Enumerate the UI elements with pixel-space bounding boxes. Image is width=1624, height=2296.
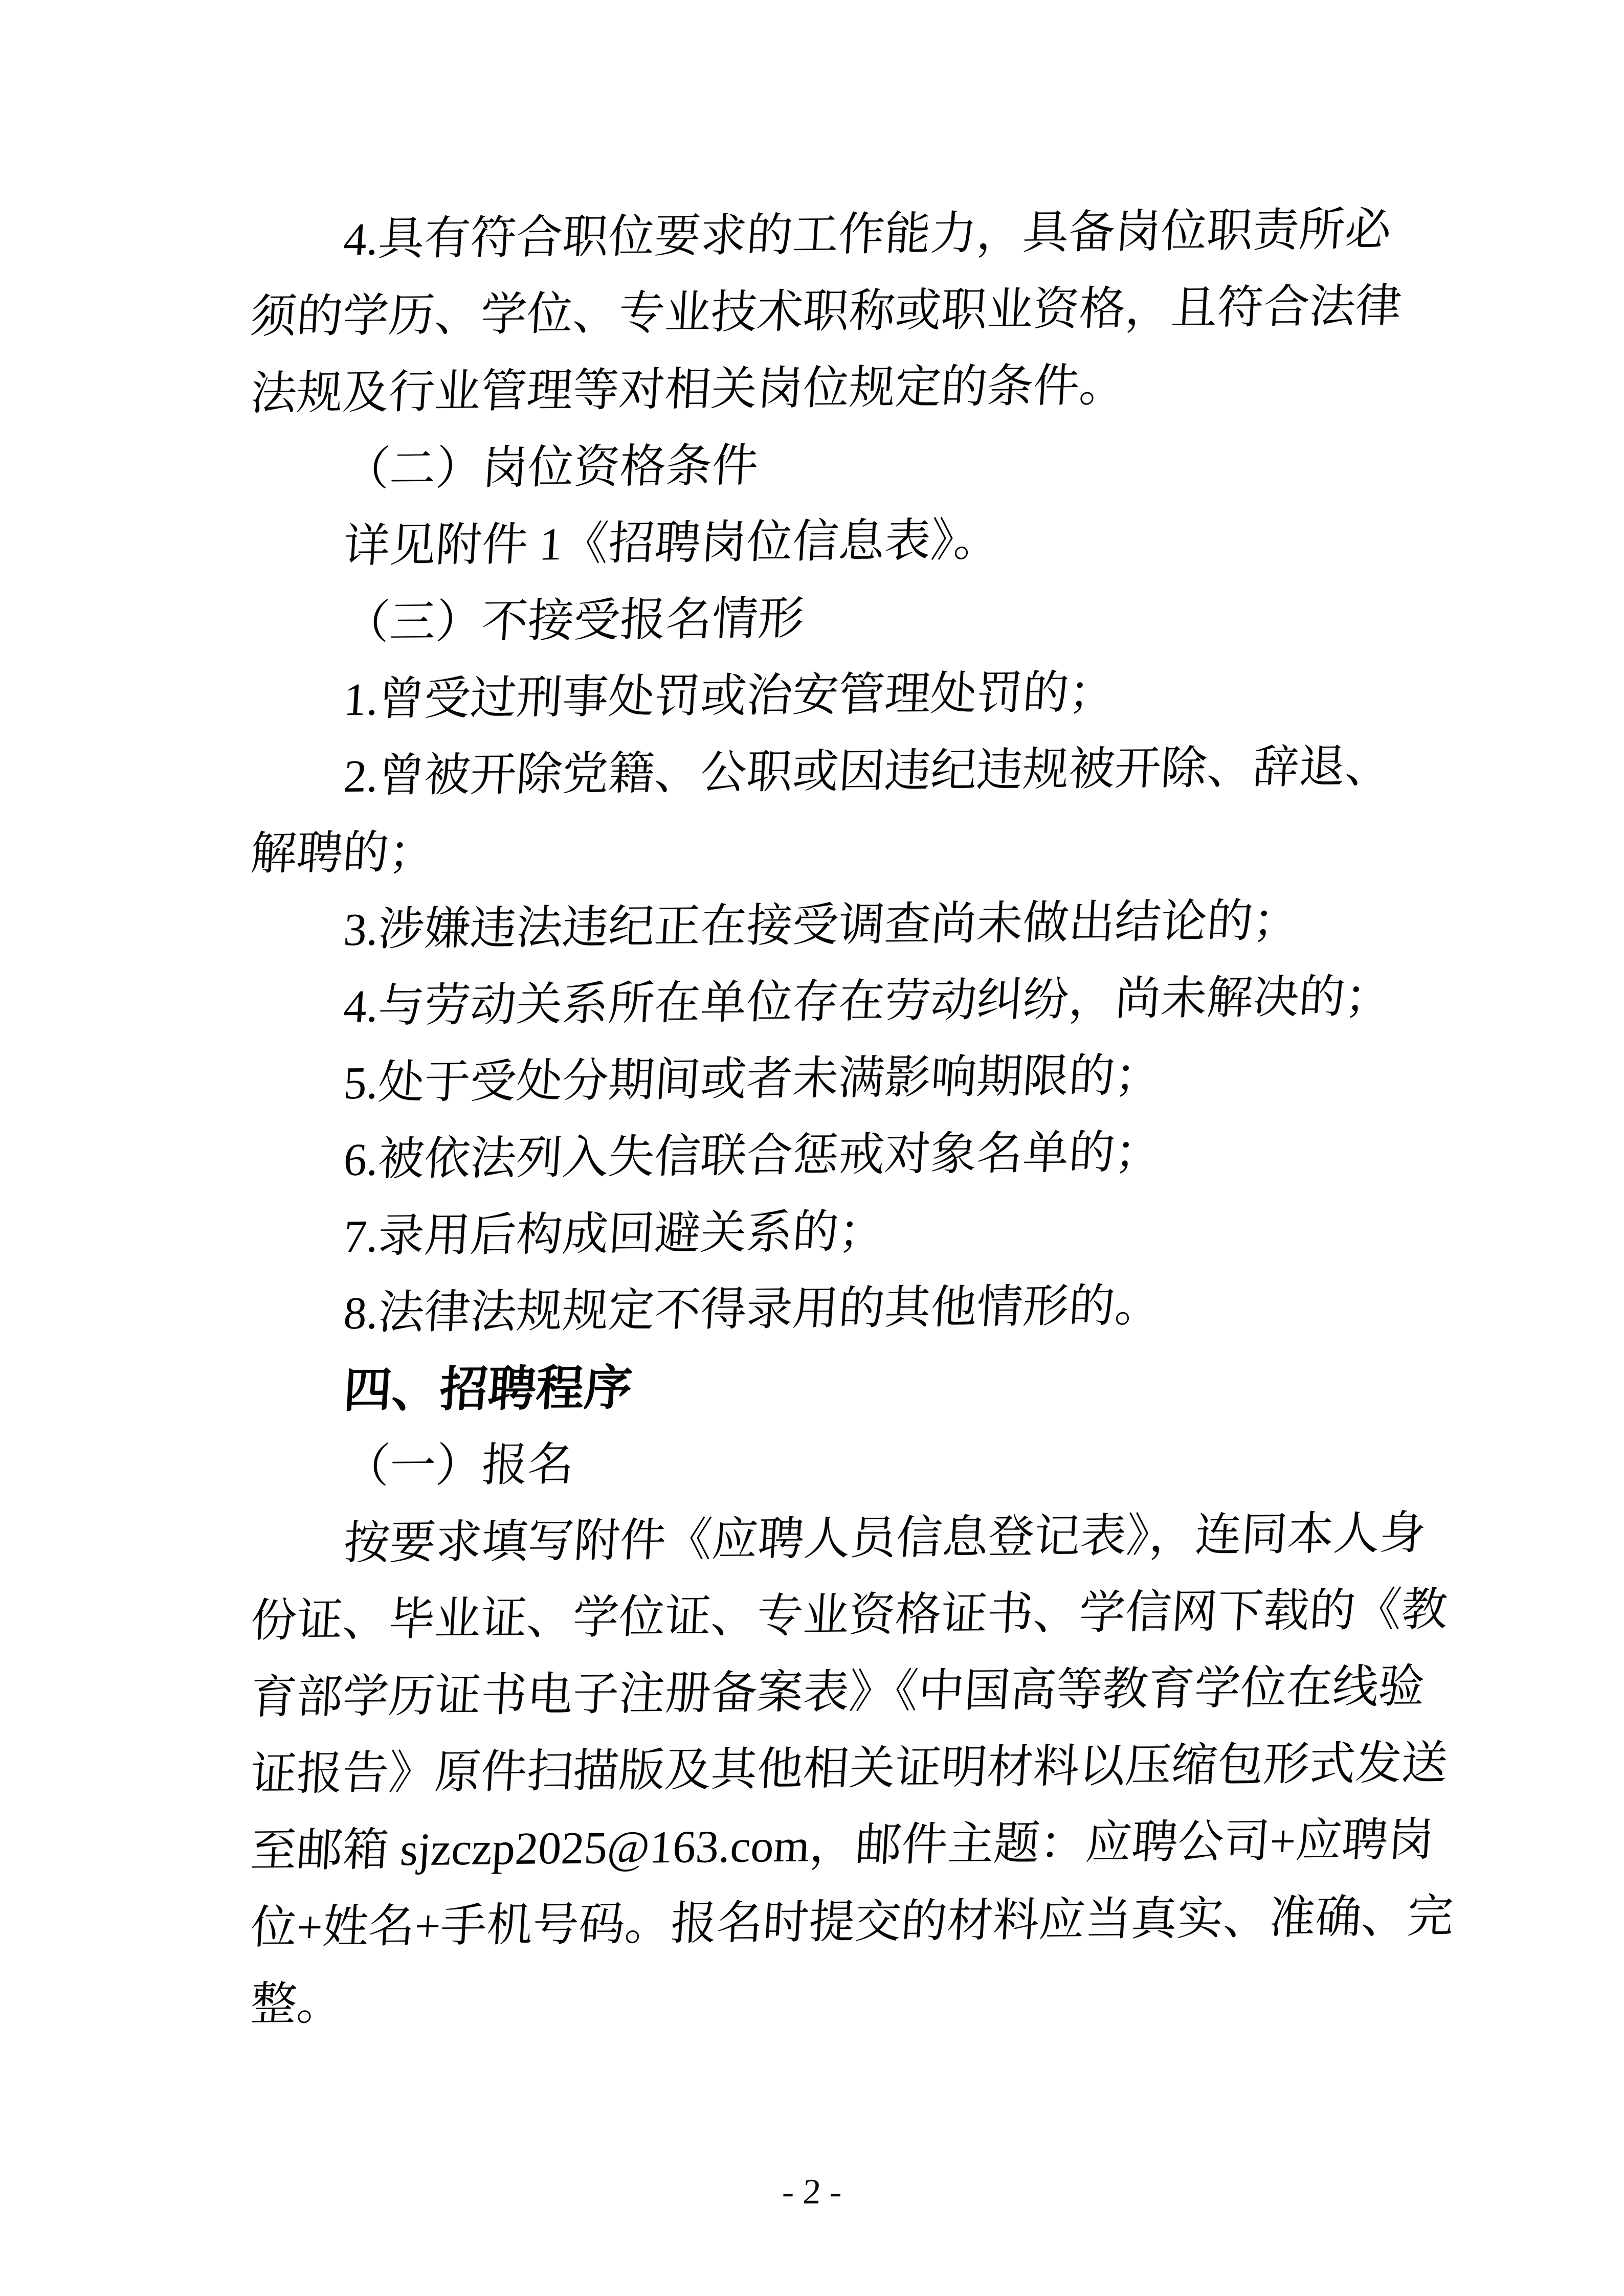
subheading-post-qualifications: （二）岗位资格条件	[248, 422, 1378, 509]
paragraph-line: 证报告》原件扫描版及其他相关证明材料以压缩包形式发送	[248, 1726, 1378, 1813]
list-item: 7.录用后构成回避关系的；	[248, 1189, 1378, 1276]
list-item: 8.法律法规规定不得录用的其他情形的。	[248, 1266, 1378, 1353]
list-item-continuation: 解聘的；	[248, 805, 1378, 893]
subheading-ineligible-cases: （三）不接受报名情形	[248, 575, 1378, 663]
list-item: 5.处于受处分期间或者未满影响期限的；	[248, 1036, 1378, 1123]
paragraph-line: 按要求填写附件《应聘人员信息登记表》，连同本人身	[248, 1496, 1378, 1583]
paragraph-line: 详见附件 1《招聘岗位信息表》。	[248, 499, 1378, 586]
list-item: 6.被依法列入失信联合惩戒对象名单的；	[248, 1112, 1378, 1200]
paragraph-line: 份证、毕业证、学位证、专业资格证书、学信网下载的《教	[248, 1572, 1378, 1660]
paragraph-line-email: 至邮箱 sjzczp2025@163.com，邮件主题：应聘公司+应聘岗	[248, 1803, 1378, 1890]
list-item: 3.涉嫌违法违纪正在接受调查尚未做出结论的；	[248, 882, 1378, 970]
document-body: 4.具有符合职位要求的工作能力，具备岗位职责所必 须的学历、学位、专业技术职称或…	[251, 202, 1376, 2043]
paragraph-line: 育部学历证书电子注册备案表》《中国高等教育学位在线验	[248, 1649, 1378, 1737]
paragraph-line: 位+姓名+手机号码。报名时提交的材料应当真实、准确、完	[248, 1879, 1378, 1967]
list-item: 4.与劳动关系所在单位存在劳动纠纷，尚未解决的；	[248, 959, 1378, 1046]
paragraph-line: 法规及行业管理等对相关岗位规定的条件。	[248, 345, 1378, 433]
list-item: 2.曾被开除党籍、公职或因违纪违规被开除、辞退、	[248, 729, 1378, 816]
paragraph-line: 4.具有符合职位要求的工作能力，具备岗位职责所必	[248, 192, 1378, 279]
paragraph-line: 整。	[248, 1956, 1378, 2043]
subheading-registration: （一）报名	[248, 1419, 1378, 1506]
list-item: 1.曾受过刑事处罚或治安管理处罚的；	[248, 652, 1378, 739]
document-page: 4.具有符合职位要求的工作能力，具备岗位职责所必 须的学历、学位、专业技术职称或…	[0, 0, 1624, 2296]
heading-recruitment-procedure: 四、招聘程序	[248, 1342, 1378, 1430]
paragraph-line: 须的学历、学位、专业技术职称或职业资格，且符合法律	[248, 268, 1378, 356]
page-number: - 2 -	[0, 2164, 1624, 2220]
